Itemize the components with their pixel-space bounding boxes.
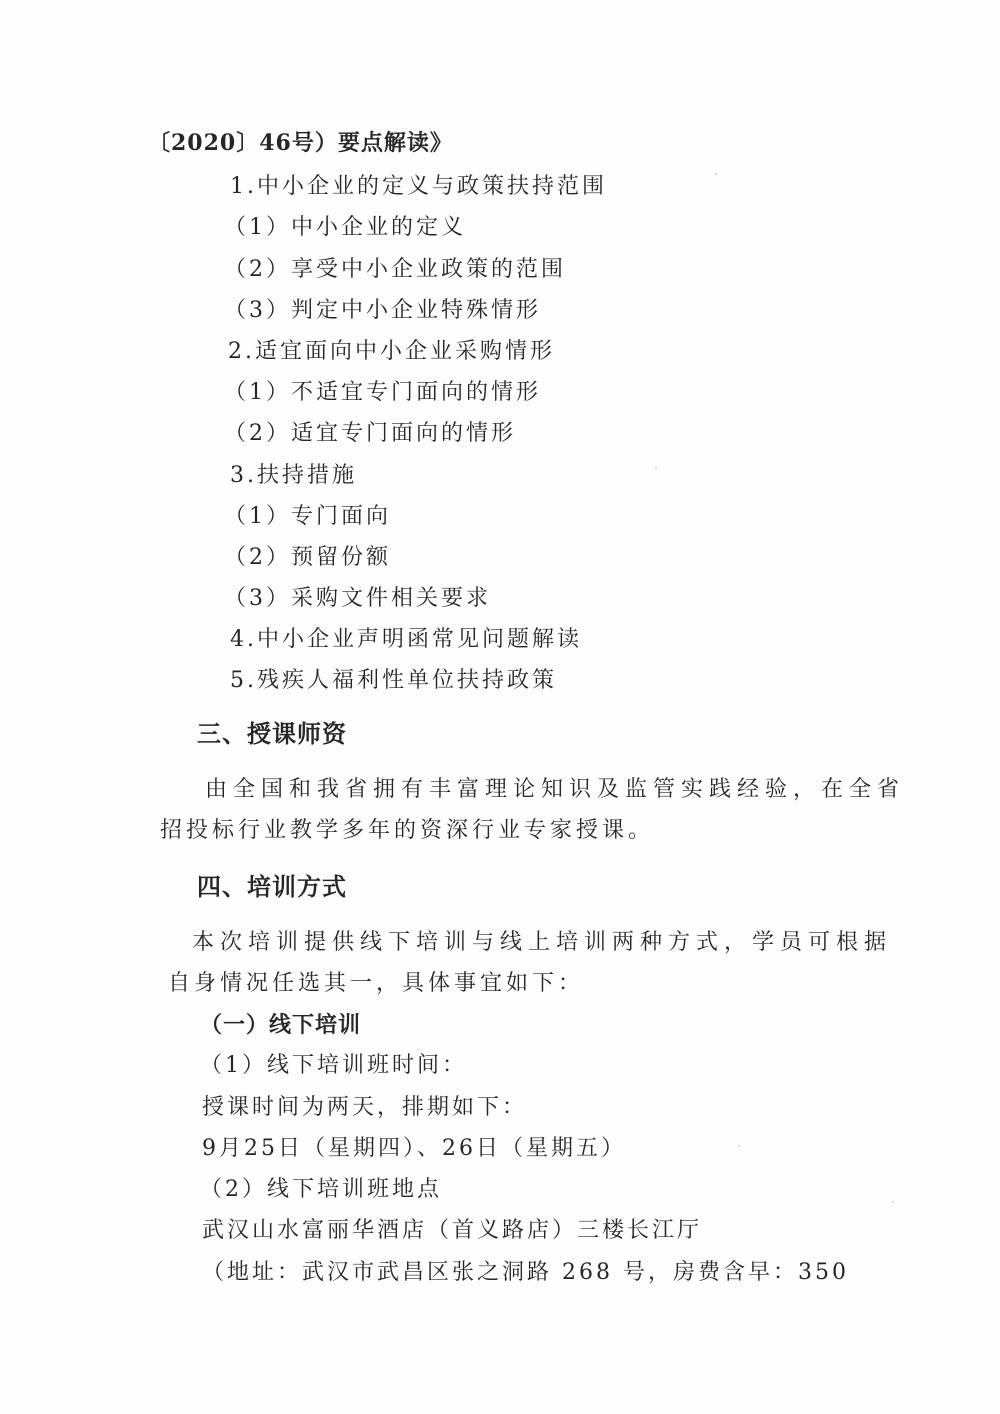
outline-item: （2）享受中小企业政策的范围 [224, 255, 566, 285]
offline-venue: 武汉山水富丽华酒店（首义路店）三楼长江厅 [202, 1216, 702, 1246]
outline-item: 4.中小企业声明函常见问题解读 [230, 625, 582, 655]
outline-item: （3）采购文件相关要求 [224, 584, 491, 614]
scan-speck [738, 1145, 740, 1147]
paragraph-line: 招投标行业教学多年的资深行业专家授课。 [160, 816, 654, 846]
outline-item: （2）预留份额 [224, 543, 391, 573]
offline-location-label: （2）线下培训班地点 [200, 1175, 442, 1205]
outline-item: （1）中小企业的定义 [224, 213, 466, 243]
outline-item: （2）适宜专门面向的情形 [224, 419, 516, 449]
outline-item: 5.残疾人福利性单位扶持政策 [230, 666, 557, 696]
outline-item: 1.中小企业的定义与政策扶持范围 [230, 172, 607, 202]
outline-item: （3）判定中小企业特殊情形 [224, 296, 541, 326]
offline-dates: 9月25日（星期四）、26日（星期五） [202, 1134, 626, 1164]
paragraph-line: 由全国和我省拥有丰富理论知识及监管实践经验，在全省 [205, 775, 855, 805]
scan-speck [892, 1201, 894, 1203]
section-heading-faculty: 三、授课师资 [197, 719, 347, 749]
offline-time-desc: 授课时间为两天，排期如下： [202, 1093, 527, 1123]
scan-speck [655, 467, 657, 469]
outline-item: （1）专门面向 [224, 502, 391, 532]
subsection-heading-offline: （一）线下培训 [200, 1010, 361, 1040]
outline-item: （1）不适宜专门面向的情形 [224, 378, 541, 408]
section-heading-training-method: 四、培训方式 [197, 872, 347, 902]
paragraph-line: 本次培训提供线下培训与线上培训两种方式，学员可根据 [192, 928, 842, 958]
offline-address: （地址：武汉市武昌区张之洞路 268 号，房费含早：350 [202, 1258, 849, 1288]
paragraph-line: 自身情况任选其一，具体事宜如下： [168, 969, 584, 999]
offline-time-label: （1）线下培训班时间： [200, 1051, 467, 1081]
scan-speck [715, 173, 717, 175]
doc-title-tail: 〔2020〕46号）要点解读》 [148, 128, 453, 158]
outline-item: 2.适宜面向中小企业采购情形 [228, 337, 555, 367]
outline-item: 3.扶持措施 [230, 461, 357, 491]
